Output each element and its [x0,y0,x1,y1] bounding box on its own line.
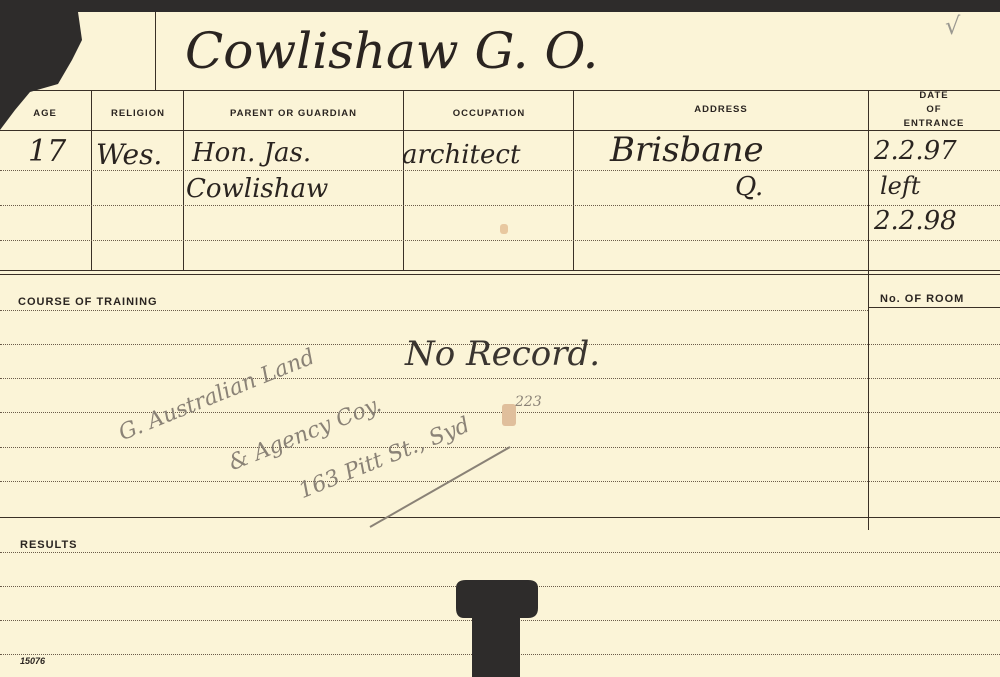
room-label: No. OF ROOM [880,293,964,305]
entry-date-1: 2.2.97 [874,136,957,166]
surname-heading: Cowlishaw G. O. [185,22,598,80]
check-mark: √ [945,12,960,40]
entry-religion: Wes. [96,138,162,171]
stain [502,404,516,426]
rule [0,130,1000,131]
dotted-rule [0,552,1000,553]
form-number: 15076 [20,656,45,666]
course-label: COURSE OF TRAINING [18,296,158,308]
entry-date-3: 2.2.98 [874,206,957,236]
entry-address-1: Brisbane [610,130,764,170]
results-label: RESULTS [20,539,78,551]
col-divider [403,90,404,270]
pencil-strike-icon [360,432,540,532]
course-note: No Record. [405,334,600,374]
col-date-2: OF [868,104,1000,115]
card-slot-hole [452,578,544,677]
entry-date-2: left [880,172,920,200]
col-divider [868,90,869,530]
entry-occupation: architect [402,140,520,170]
col-date-3: ENTRANCE [868,118,1000,129]
entry-age: 17 [28,134,66,169]
dotted-rule [0,310,868,311]
col-occupation: OCCUPATION [404,108,574,119]
rule [0,274,1000,275]
col-address: ADDRESS [574,104,868,115]
rule [0,270,1000,271]
dotted-rule [0,240,1000,241]
col-divider [573,90,574,270]
col-date-1: DATE [868,90,1000,101]
dotted-rule [0,378,1000,379]
entry-parent-2: Cowlishaw [186,174,328,204]
stain [500,224,508,234]
col-parent: PARENT OR GUARDIAN [184,108,403,119]
pencil-number: 223 [515,394,542,410]
rule [869,307,1000,308]
dotted-rule [0,205,1000,206]
entry-parent-1: Hon. Jas. [192,138,311,168]
torn-corner [0,0,160,130]
col-divider [183,90,184,270]
entry-address-2: Q. [735,172,763,202]
